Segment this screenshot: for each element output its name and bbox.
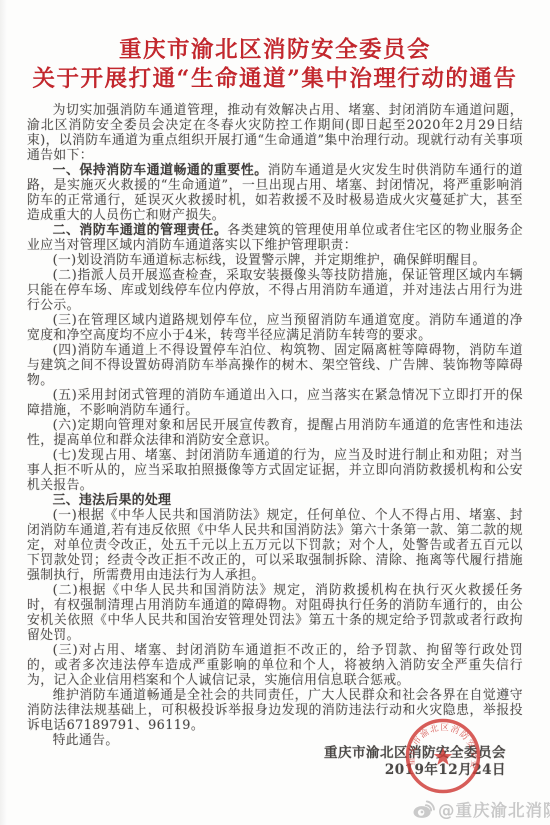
doc-title-org: 重庆市渝北区消防安全委员会 [27, 36, 523, 65]
section-3-heading-paragraph: 三、违法后果的处理 [27, 493, 523, 508]
section-2-paragraph: 二、消防车通道的管理责任。各类建筑的管理使用单位或者住宅区的物业服务企业应当对管… [27, 223, 523, 253]
signature-block: 重庆市渝北区消防安全委员会 2019年12月24日 [324, 745, 506, 779]
section-2-item-7: (七)发现占用、堵塞、封闭消防车通道的行为，应当及时进行制止和劝阻；对当事人拒不… [27, 448, 523, 493]
signature-org: 重庆市渝北区消防安全委员会 [324, 745, 506, 762]
notice-document: 重庆市渝北区消防安全委员会 关于开展打通“生命通道”集中治理行动的通告 为切实加… [0, 0, 550, 825]
section-2-item-3: (三)在管理区域内道路规划停车位，应当预留消防车通道宽度。消防车通道的净宽度和净… [27, 313, 523, 343]
section-1-heading: 一、保持消防车通道畅通的重要性。 [53, 163, 268, 178]
section-2-item-4: (四)消防车通道上不得设置停车泊位、构筑物、固定隔离桩等障碍物，消防车道与建筑之… [27, 343, 523, 388]
weibo-icon [412, 800, 435, 819]
section-2-item-6: (六)定期向管理对象和居民开展宣传教育，提醒占用消防车通道的危害性和违法性，提高… [27, 418, 523, 448]
closing-paragraph: 维护消防车通道畅通是全社会的共同责任，广大人民群众和社会各界在自觉遵守消防法律法… [27, 688, 523, 733]
section-3-item-2: (二)根据《中华人民共和国消防法》规定，消防救援机构在执行灭火救援任务时，有权强… [27, 583, 523, 643]
weibo-watermark: @重庆渝北消防 [412, 797, 550, 821]
section-1-paragraph: 一、保持消防车通道畅通的重要性。消防车通道是火灾发生时供消防车通行的道路，是实施… [27, 163, 523, 223]
signature-date: 2019年12月24日 [324, 762, 506, 779]
section-2-item-1: (一)划设消防车通道标志标线，设置警示牌，并定期维护，确保鲜明醒目。 [27, 253, 523, 268]
section-3-item-1: (一)根据《中华人民共和国消防法》规定，任何单位、个人不得占用、堵塞、封闭消防车… [27, 508, 523, 583]
section-2-item-2: (二)指派人员开展巡查检查，采取安装摄像头等技防措施，保证管理区域内车辆只能在停… [27, 268, 523, 313]
section-2-heading: 二、消防车通道的管理责任。 [53, 223, 228, 238]
watermark-text: @重庆渝北消防 [438, 797, 550, 821]
doc-title-subject: 关于开展打通“生命通道”集中治理行动的通告 [27, 65, 523, 94]
notice-body: 为切实加强消防车通道管理，推动有效解决占用、堵塞、封闭消防车通道问题，渝北区消防… [27, 103, 523, 748]
section-2-item-5: (五)采用封闭式管理的消防车通道出入口，应当落实在紧急情况下立即打开的保障措施，… [27, 388, 523, 418]
intro-paragraph: 为切实加强消防车通道管理，推动有效解决占用、堵塞、封闭消防车通道问题，渝北区消防… [27, 103, 523, 163]
section-3-heading: 三、违法后果的处理 [53, 493, 172, 508]
section-3-item-3: (三)对占用、堵塞、封闭消防车通道拒不改正的，给予罚款、拘留等行政处罚的，或者多… [27, 643, 523, 688]
